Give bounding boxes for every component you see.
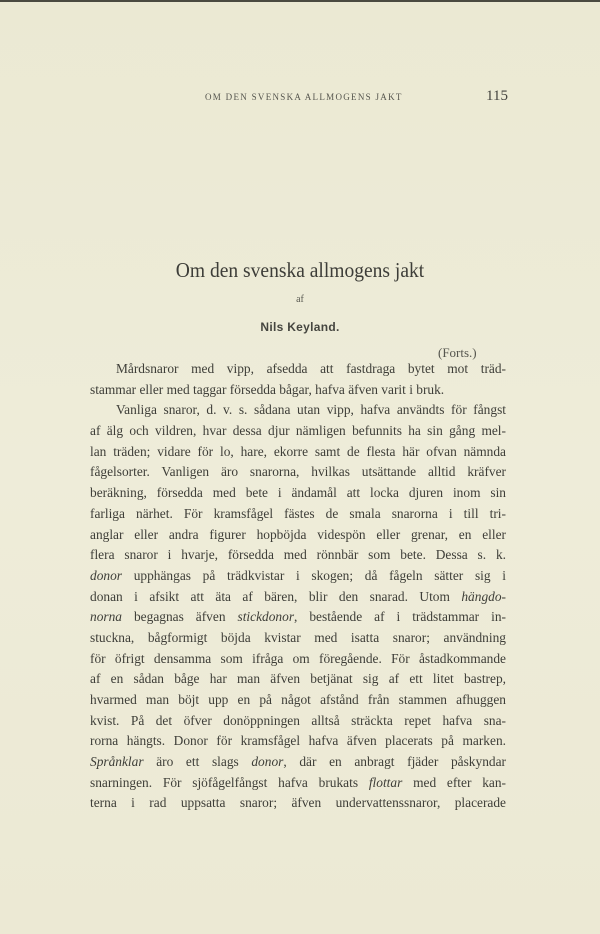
text-line: Vanliga snaror, d. v. s. sådana utan vip… — [90, 400, 506, 421]
text-line: hvarmed man böjt upp en på något afstånd… — [90, 690, 506, 711]
author-name: Nils Keyland. — [0, 320, 600, 334]
page-number: 115 — [486, 88, 508, 105]
text-line: norna begagnas äfven stickdonor, beståen… — [90, 607, 506, 628]
italic-term: norna — [90, 609, 122, 624]
italic-term: Språnklar — [90, 754, 144, 769]
text-line: donan i afsikt att äta af bären, blir de… — [90, 587, 506, 608]
italic-term: donor — [251, 754, 283, 769]
text-line: rorna hängts. Donor för kramsfågel hafva… — [90, 731, 506, 752]
text-line: farliga närhet. För kramsfågel fästes de… — [90, 504, 506, 525]
running-head: OM DEN SVENSKA ALLMOGENS JAKT — [205, 92, 403, 102]
text-line: stuckna, bågformigt böjda kvistar med is… — [90, 628, 506, 649]
text-line: af älg och vildren, hvar dessa djur näml… — [90, 421, 506, 442]
text-line: Mårdsnaror med vipp, afsedda att fastdra… — [90, 359, 506, 380]
text-line: Språnklar äro ett slags donor, där en an… — [90, 752, 506, 773]
italic-term: flottar — [369, 775, 402, 790]
byline-af: af — [0, 294, 600, 305]
article-title: Om den svenska allmogens jakt — [21, 258, 579, 283]
italic-term: stickdonor — [238, 609, 295, 624]
text-line: fågelsorter. Vanligen äro snarorna, hvil… — [90, 462, 506, 483]
text-line: donor upphängas på trädkvistar i skogen;… — [90, 566, 506, 587]
text-line: kvist. På det öfver donöppningen alltså … — [90, 711, 506, 732]
text-line: stammar eller med taggar försedda bågar,… — [90, 380, 506, 401]
book-page: OM DEN SVENSKA ALLMOGENS JAKT 115 Om den… — [0, 0, 600, 934]
text-line: för öfrigt densamma som ifråga om föregå… — [90, 649, 506, 670]
text-line: lan träden; vidare för lo, hare, ekorre … — [90, 442, 506, 463]
text-line: beräkning, försedda med bete i ändamål a… — [90, 483, 506, 504]
text-line: snarningen. För sjöfågelfångst hafva bru… — [90, 773, 506, 794]
body-text: Mårdsnaror med vipp, afsedda att fastdra… — [90, 359, 506, 814]
text-line: anglar eller andra figurer hopböjda vide… — [90, 525, 506, 546]
text-line: terna i rad uppsatta snaror; äfven under… — [90, 793, 506, 814]
italic-term: hängdo- — [461, 589, 506, 604]
italic-term: donor — [90, 568, 122, 583]
text-line: flera snaror i hvarje, försedda med rönn… — [90, 545, 506, 566]
text-line: af en sådan båge har man äfven betjänat … — [90, 669, 506, 690]
